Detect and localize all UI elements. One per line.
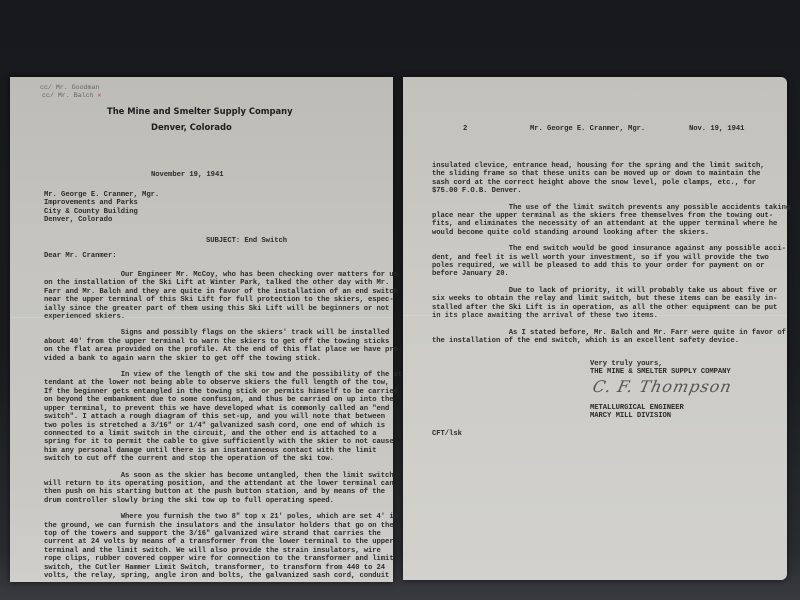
- text-line: tendant at the lower not being able to o…: [44, 379, 406, 387]
- text-line: the ground, we can furnish the insulator…: [44, 522, 406, 530]
- text-line: upper terminal, to prevent this we have …: [44, 405, 406, 413]
- text-line: in its place awaiting the arrival of the…: [432, 312, 790, 320]
- text-line: Due to lack of priority, it will probabl…: [432, 287, 790, 295]
- company-city: Denver, Colorado: [151, 122, 232, 132]
- paragraph: Signs and possibly flags on the skiers' …: [44, 329, 406, 363]
- text-line: two poles is stretched a 3/16" or 1/4" g…: [44, 422, 406, 430]
- text-line: Where you furnish the two 8" top x 21' p…: [44, 513, 406, 521]
- text-line: six weeks to obtain the relay and limit …: [432, 295, 790, 303]
- letter-body-page-2: insulated clevice, entrance head, housin…: [432, 162, 790, 345]
- text-line: on the flat area provided on the profile…: [44, 346, 406, 354]
- paragraph: Our Engineer Mr. McCoy, who has been che…: [44, 271, 406, 321]
- letter-page-1: cc/ Mr. Goodman cc/ Mr. Balch ✕ The Mine…: [10, 77, 393, 582]
- text-line: switch". I attach a rough diagram of thi…: [44, 413, 406, 421]
- page-header-date: Nov. 19, 1941: [689, 125, 744, 133]
- closing: Very truly yours,THE MINE & SMELTER SUPP…: [590, 360, 731, 377]
- text-line: fits, and eliminates the necessity of an…: [432, 220, 790, 228]
- text-line: volts, the relay, spring, angle iron and…: [44, 572, 406, 580]
- text-line: near the upper terminal of this Ski Lift…: [44, 296, 406, 304]
- text-line: will return to its operating position, a…: [44, 480, 406, 488]
- text-line: insulated clevice, entrance head, housin…: [432, 162, 790, 170]
- text-line: terminal and the limit switch. We will a…: [44, 547, 406, 555]
- text-line: current at 24 volts by means of a transf…: [44, 538, 406, 546]
- paragraph: The use of the limit switch prevents any…: [432, 204, 790, 238]
- text-line: Farr and Mr. Balch and they are quite in…: [44, 288, 406, 296]
- text-line: poles required, we will be pleased to ad…: [432, 262, 790, 270]
- text-line: vided a bank to again warn the skier to …: [44, 355, 406, 363]
- text-line: switch, the Cutler Hammer Limit Switch, …: [44, 564, 406, 572]
- red-check-mark-icon: ✕: [97, 92, 101, 99]
- cc-line-2: cc/ Mr. Balch ✕: [42, 92, 101, 100]
- recipient-address: Mr. George E. Cranmer, Mgr.Improvements …: [44, 191, 159, 225]
- text-line: about 40' from the upper terminal to war…: [44, 338, 406, 346]
- text-line: ially since the greater part of them usi…: [44, 305, 406, 313]
- handwritten-signature: C. F. Thompson: [591, 377, 734, 396]
- text-line: spring for it to permit the cable to giv…: [44, 438, 406, 446]
- paragraph: insulated clevice, entrance head, housin…: [432, 162, 790, 196]
- text-line: then push on his starting button at the …: [44, 488, 406, 496]
- text-line: $75.00 F.O.B. Denver.: [432, 187, 790, 195]
- text-line: In view of the length of the ski tow and…: [44, 371, 406, 379]
- letter-date: November 19, 1941: [151, 171, 223, 179]
- text-line: the sliding frame so that these units ca…: [432, 170, 790, 178]
- subject-line: SUBJECT: End Switch: [206, 237, 287, 245]
- text-line: The use of the limit switch prevents any…: [432, 204, 790, 212]
- text-line: stalled after the Ski Lift is in operati…: [432, 304, 790, 312]
- text-line: would become quite cold standing around …: [432, 229, 790, 237]
- paragraph: As I stated before, Mr. Balch and Mr. Fa…: [432, 329, 790, 346]
- text-line: place near the upper terminal as the ski…: [432, 212, 790, 220]
- text-line: As I stated before, Mr. Balch and Mr. Fa…: [432, 329, 790, 337]
- text-line: Our Engineer Mr. McCoy, who has been che…: [44, 271, 406, 279]
- text-line: on the installation of the Ski Lift at W…: [44, 279, 406, 287]
- paragraph: The end switch would be good insurance a…: [432, 245, 790, 279]
- text-line: before January 20.: [432, 270, 790, 278]
- company-name: The Mine and Smelter Supply Company: [107, 106, 293, 116]
- text-line: rope clips, rubber covered copper wire f…: [44, 555, 406, 563]
- text-line: drum controller slowly bring the ski tow…: [44, 497, 406, 505]
- text-line: on beyond the embankment due to some con…: [44, 396, 406, 404]
- text-line: top of the towers and support the 3/16" …: [44, 530, 406, 538]
- cc-line-1: cc/ Mr. Goodman: [40, 84, 99, 92]
- text-line: sash cord at the correct height above th…: [432, 179, 790, 187]
- page-number: 2: [463, 125, 467, 133]
- text-line: The end switch would be good insurance a…: [432, 245, 790, 253]
- paragraph: As soon as the skier has become untangle…: [44, 472, 406, 506]
- signer-title: METALLURGICAL ENGINEERMARCY MILL DIVISIO…: [590, 404, 684, 421]
- text-line: If the beginner gets entangled in the to…: [44, 388, 406, 396]
- text-line: Signs and possibly flags on the skiers' …: [44, 329, 406, 337]
- paragraph: Where you furnish the two 8" top x 21' p…: [44, 513, 406, 580]
- text-line: him any personal damage until there is a…: [44, 447, 406, 455]
- text-line: the installation of the end switch, whic…: [432, 337, 790, 345]
- text-line: As soon as the skier has become untangle…: [44, 472, 406, 480]
- letter-page-2: 2 Mr. George E. Cranmer, Mgr. Nov. 19, 1…: [403, 77, 787, 580]
- salutation: Dear Mr. Cranmer:: [44, 252, 116, 260]
- text-line: switch to cut off the current and stop t…: [44, 455, 406, 463]
- text-line: connected to a limit switch in the circu…: [44, 430, 406, 438]
- paragraph: In view of the length of the ski tow and…: [44, 371, 406, 463]
- typist-initials: CFT/lsk: [432, 430, 462, 438]
- page-header-recipient: Mr. George E. Cranmer, Mgr.: [530, 125, 645, 133]
- text-line: dent, and feel it is well worth your inv…: [432, 254, 790, 262]
